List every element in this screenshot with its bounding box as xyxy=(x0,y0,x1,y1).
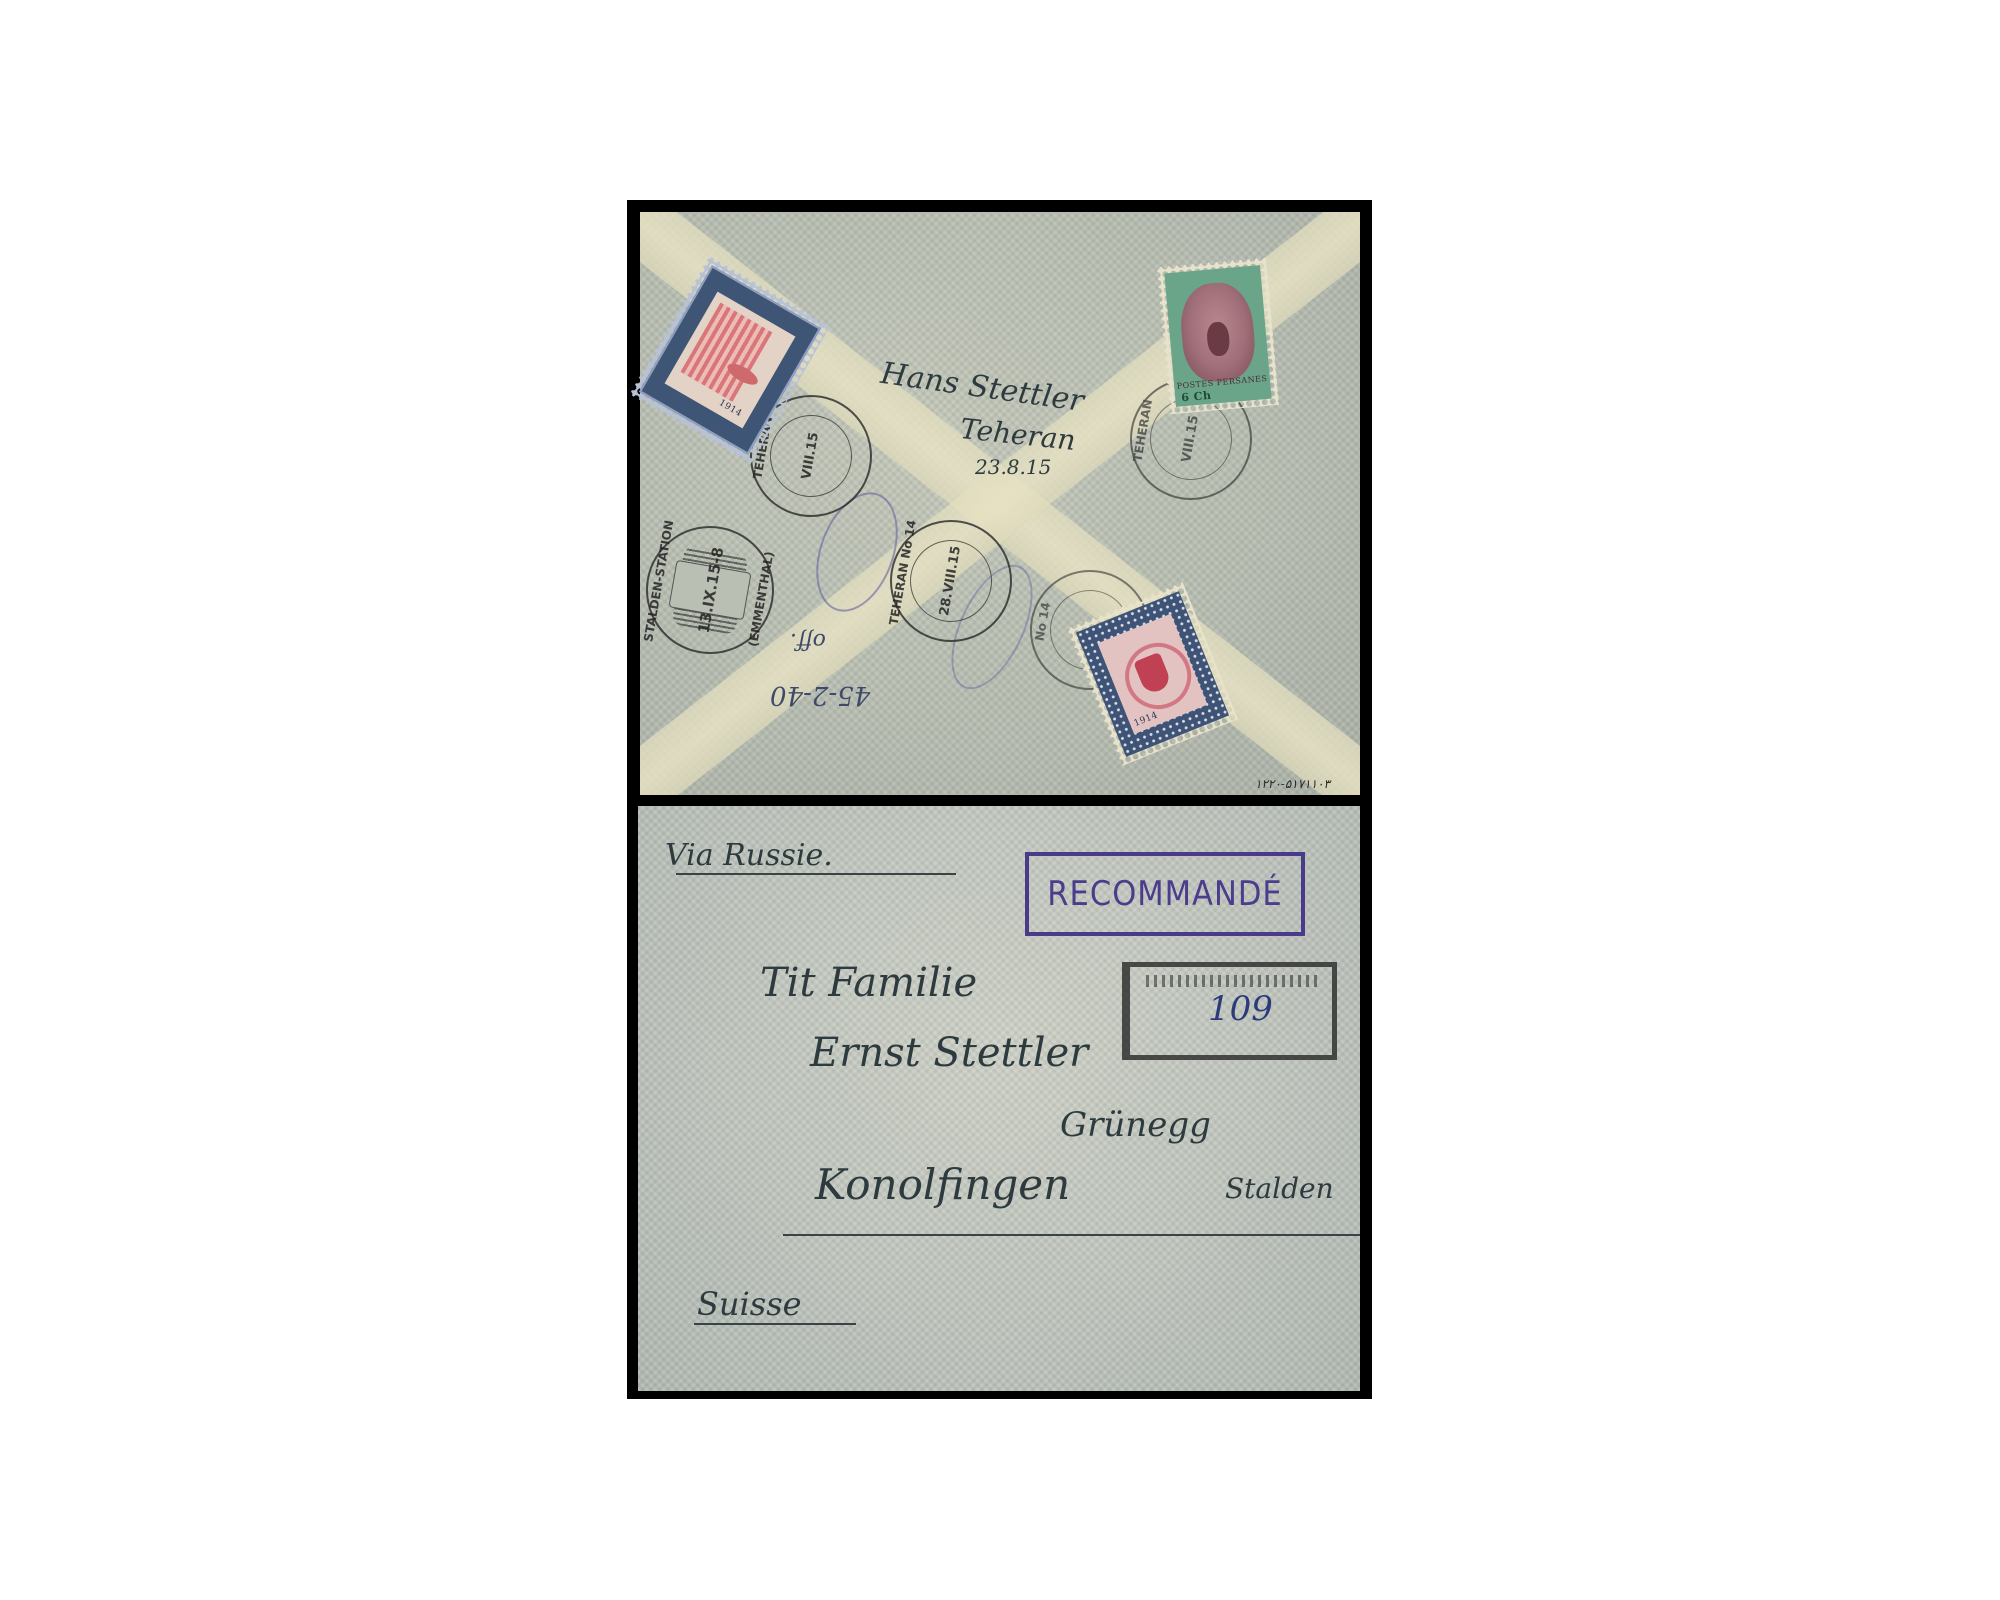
sender-date: 23.8.15 xyxy=(975,455,1051,479)
registration-label: 109 xyxy=(1122,962,1337,1060)
underline xyxy=(676,873,956,875)
address-line-2: Ernst Stettler xyxy=(810,1030,1088,1076)
address-country: Suisse xyxy=(697,1285,802,1323)
registration-label-text xyxy=(1146,975,1322,987)
stamp-portrait-6ch: POSTES PERSANES 6 Ch xyxy=(1157,257,1279,414)
persian-annotation: ۱۲۲۰-۵۱۷۱۱۰۳ xyxy=(1255,777,1330,791)
pencil-note: off. xyxy=(790,628,826,653)
registration-number: 109 xyxy=(1208,989,1273,1029)
underline xyxy=(694,1323,856,1325)
address-line-4: Konolfingen xyxy=(815,1160,1070,1209)
underline xyxy=(783,1234,1360,1236)
address-line-4-suffix: Stalden xyxy=(1225,1172,1334,1205)
route-note: Via Russie. xyxy=(665,838,833,873)
recommande-handstamp: RECOMMANDÉ xyxy=(1025,852,1305,936)
address-line-1: Tit Familie xyxy=(760,960,977,1006)
pencil-number: 45-2-40 xyxy=(770,680,870,710)
address-line-3: Grünegg xyxy=(1060,1105,1211,1145)
